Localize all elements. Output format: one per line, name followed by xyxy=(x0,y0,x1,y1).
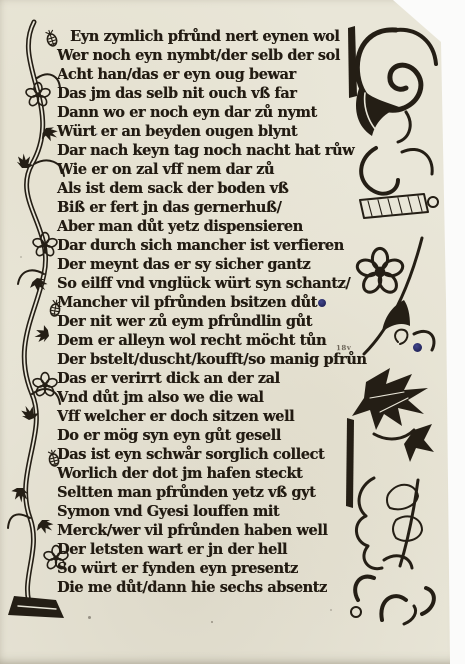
poem-line: Die me důt/dann hie sechs absentz xyxy=(57,578,357,597)
poem-line: Do er mög syn eyn gůt gesell xyxy=(57,426,357,445)
blue-ink-dot xyxy=(318,299,326,307)
poem-line: Wie er on zal vff nem dar zů xyxy=(57,160,357,179)
poem-line: Der meynt das er sy sicher gantz xyxy=(57,255,357,274)
poem-line: Acht han/das er eyn oug bewar xyxy=(57,65,357,84)
poem-line: Mancher vil pfrůnden bsitzen důt xyxy=(57,293,357,312)
poem-line: Würt er an beyden ougen blynt xyxy=(57,122,357,141)
scanned-page-background: Eyn zymlich pfrůnd nert eynen wol Wer no… xyxy=(0,0,465,664)
poem-line: Das jm das selb nit ouch vß far xyxy=(57,84,357,103)
poem-line: So eilff vnd vnglück würt syn schantz/ xyxy=(57,274,357,293)
poem-line: Der nit wer zů eym pfrůndlin gůt xyxy=(57,312,357,331)
poem-line: Dar durch sich mancher ist verfieren xyxy=(57,236,357,255)
poem-line: Symon vnd Gyesi louffen mit xyxy=(57,502,357,521)
poem-line: Das er verirrt dick an der zal xyxy=(57,369,357,388)
poem-line: Merck/wer vil pfrůnden haben well xyxy=(57,521,357,540)
poem-line: Vff welcher er doch sitzen well xyxy=(57,407,357,426)
poem-line: Biß er fert jn das gernerhuß/ xyxy=(57,198,357,217)
poem-line: Dann wo er noch eyn dar zů nymt xyxy=(57,103,357,122)
poem-line: Wer noch eyn nymbt/der selb der sol xyxy=(57,46,357,65)
poem-line: Vnd důt jm also we die wal xyxy=(57,388,357,407)
foxing-speck xyxy=(96,133,98,135)
poem-text-block: Eyn zymlich pfrůnd nert eynen wol Wer no… xyxy=(57,27,357,597)
poem-line: Der bstelt/duscht/koufft/so manig pfrůn xyxy=(57,350,357,369)
poem-line: Dem er alleyn wol recht möcht tůn xyxy=(57,331,357,350)
foxing-speck xyxy=(211,621,213,623)
poem-line: Der letsten wart er jn der hell xyxy=(57,540,357,559)
foxing-speck xyxy=(88,616,91,619)
handwritten-folio-note: 18v xyxy=(336,343,352,353)
poem-line: Dar nach keyn tag noch nacht hat růw xyxy=(57,141,357,160)
poem-line: Aber man důt yetz dispensieren xyxy=(57,217,357,236)
poem-line: So würt er fynden eyn presentz xyxy=(57,559,357,578)
right-floral-border-woodcut xyxy=(344,0,442,632)
poem-line: Als ist dem sack der boden vß xyxy=(57,179,357,198)
poem-line: Worlich der dot jm hafen steckt xyxy=(57,464,357,483)
foxing-speck xyxy=(20,256,22,258)
poem-line: Eyn zymlich pfrůnd nert eynen wol xyxy=(57,27,357,46)
poem-line: Seltten man pfrůnden yetz vß gyt xyxy=(57,483,357,502)
blue-ink-dot xyxy=(413,343,422,352)
poem-line: Das ist eyn schwår sorglich collect xyxy=(57,445,357,464)
foxing-speck xyxy=(330,609,332,611)
